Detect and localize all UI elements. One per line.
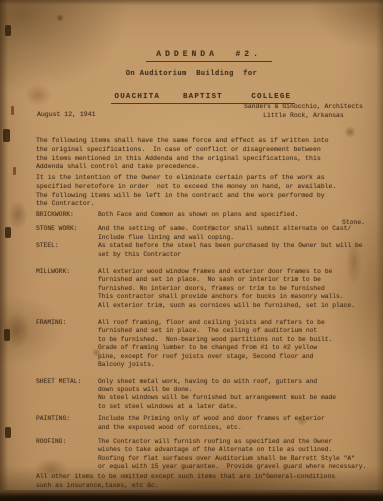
spec-item-text: The Contractor will furnish roofing as s… [98,438,369,472]
spec-item-steel: STEEL: As stated before the steel has be… [36,242,369,259]
spec-item-label: BRICKWORK: [36,211,98,219]
spec-item-label: FRAMING: [36,319,98,369]
document-title: ADDENDA #2. [0,41,383,68]
paragraph-owner-intention: It is the intention of the Owner to elim… [36,174,371,209]
spec-item-label: SHEET METAL: [36,378,98,412]
specification-items: BRICKWORK: Both Face and Common as shown… [36,211,369,472]
spec-item-text: All roof framing, floor and ceiling jois… [98,319,369,369]
spec-item-millwork: MILLWORK: All exterior wood window frame… [36,268,369,310]
spec-item-label: STEEL: [36,242,98,259]
spec-item-label: ROOFING: [36,438,98,472]
spec-item-roofing: ROOFING: The Contractor will furnish roo… [36,438,369,472]
spec-item-text: Only sheet metal work, having to do with… [98,378,369,412]
paragraph-force-and-effect: The following items shall have the same … [36,137,371,172]
spec-item-text: Include the Priming only of wood and doo… [98,415,369,432]
spec-item-text: As stated before the steel has been purc… [98,242,369,259]
binding-mark [5,25,11,36]
architect-city: Little Rock, Arkansas [244,112,363,121]
spec-item-text: And the setting of same. Contractor shal… [98,225,369,242]
spec-item-sheet-metal: SHEET METAL: Only sheet metal work, havi… [36,378,369,412]
paper-edge-shadow-top [0,0,383,5]
architect-firm: Sanders & Ginocchio, Architects [244,103,363,112]
spec-item-brickwork: BRICKWORK: Both Face and Common as shown… [36,211,369,219]
spec-item-painting: PAINTING: Include the Priming only of wo… [36,415,369,432]
document-date: August 12, 1941 [37,111,96,118]
red-pencil-mark [13,167,16,175]
document-page: ADDENDA #2. On Auditorium Building for O… [0,0,383,501]
spec-item-framing: FRAMING: All roof framing, floor and cei… [36,319,369,369]
spec-item-text: All exterior wood window frames and exte… [98,268,369,310]
paper-stain [8,200,28,230]
paper-bottom-edge [0,490,383,501]
spec-item-label: PAINTING: [36,415,98,432]
binding-mark [5,427,11,438]
architect-block: Sanders & Ginocchio, Architects Little R… [244,103,363,121]
spec-item-text: Both Face and Common as shown on plans a… [98,211,369,219]
document-subtitle: On Auditorium Building for [0,70,383,78]
spec-item-label: MILLWORK: [36,268,98,310]
document-title-text: ADDENDA #2. [146,50,272,62]
binding-mark [4,329,10,341]
spec-item-label: STONE WORK: [36,225,98,242]
binding-mark [5,227,11,238]
spec-item-stone-work: STONE WORK: And the setting of same. Con… [36,225,369,242]
paper-stain [56,14,64,22]
closing-paragraph: All other items to be omitted except suc… [36,473,371,490]
binding-mark [3,129,10,142]
